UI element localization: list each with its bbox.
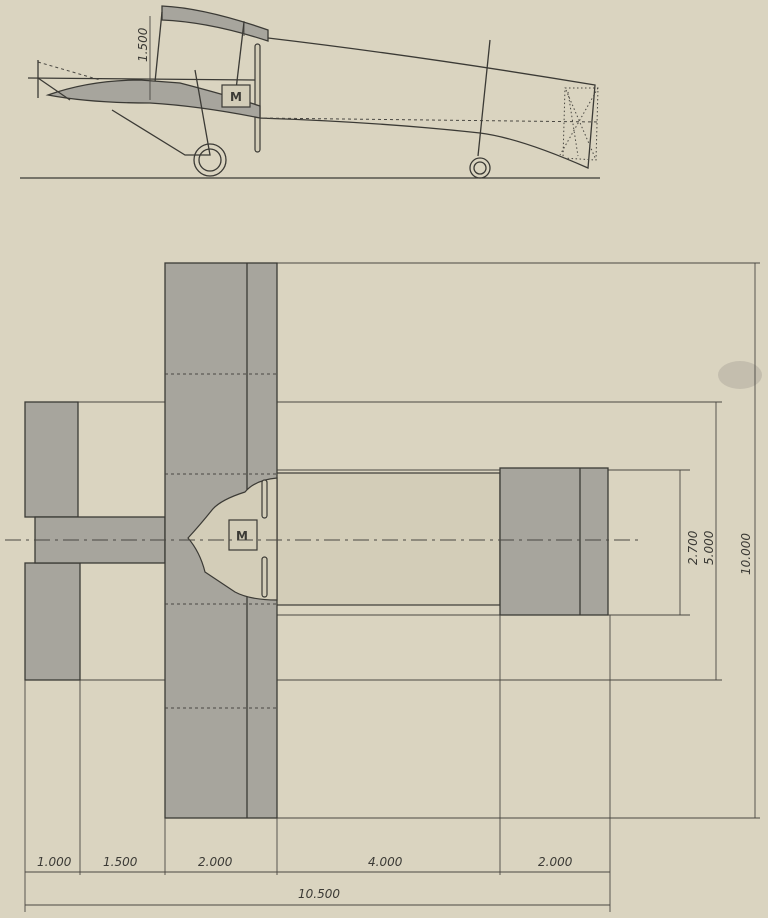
segment-label-3: 2.000 [198, 855, 233, 869]
segment-label-1: 1.000 [37, 855, 72, 869]
segment-label-5: 2.000 [538, 855, 573, 869]
propeller-top [262, 480, 267, 518]
segment-label-4: 4.000 [368, 855, 403, 869]
span-label: 10.000 [739, 533, 753, 575]
tailplane [500, 468, 608, 615]
tail-span-label: 2.700 [686, 530, 700, 565]
canard-lower [25, 563, 80, 680]
aircraft-drawing: M 1.500 M [0, 0, 768, 918]
propeller [255, 44, 260, 152]
overall-length-label: 10.500 [298, 887, 340, 901]
engine-label-plan: M [236, 529, 248, 543]
canard-span-label: 5.000 [702, 530, 716, 565]
gap-label: 1.500 [136, 27, 150, 62]
canard-upper [25, 402, 78, 517]
paper-background [0, 0, 768, 918]
propeller-bottom [262, 557, 267, 597]
tail-boom [275, 473, 500, 605]
segment-label-2: 1.500 [103, 855, 138, 869]
engine-label: M [230, 90, 242, 104]
